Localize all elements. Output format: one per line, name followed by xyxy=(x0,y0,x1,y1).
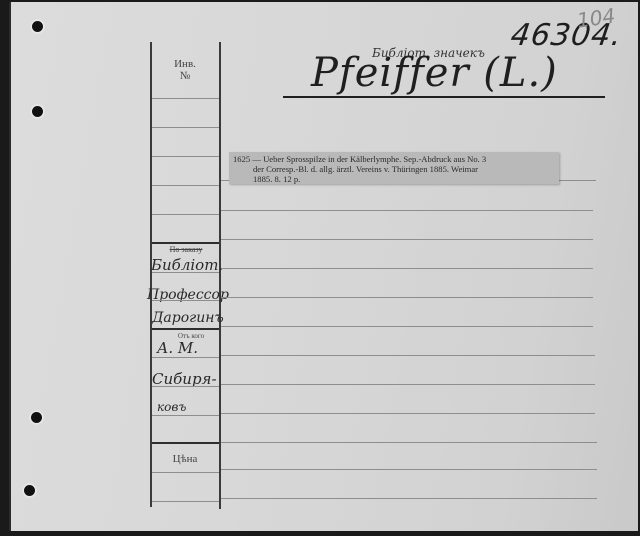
inventory-label-text: Инв. xyxy=(174,58,196,70)
left-column-border xyxy=(150,42,152,507)
main-rule xyxy=(221,268,593,269)
left-rule xyxy=(152,386,219,387)
provenance-line-3: Дарогинъ xyxy=(152,310,224,326)
left-rule xyxy=(152,300,219,301)
clipping-line-3: 1885. 8. 12 p. xyxy=(233,174,555,184)
left-column-divider xyxy=(219,42,221,509)
punch-hole-icon xyxy=(32,21,43,32)
main-rule xyxy=(221,413,595,414)
provenance-label: По заказу xyxy=(161,245,211,254)
catalog-card: Инв. № По заказу Библіот. Профессор Даро… xyxy=(9,2,638,531)
price-label: Цѣна xyxy=(153,453,217,465)
clipping-line-1: 1625 — Ueber Sprosspilze in der Kälberly… xyxy=(233,154,555,164)
main-rule xyxy=(221,469,597,470)
bibliographic-clipping: 1625 — Ueber Sprosspilze in der Kälberly… xyxy=(229,152,559,184)
left-rule xyxy=(152,156,219,157)
left-rule xyxy=(152,98,219,99)
left-section-divider xyxy=(152,242,219,244)
main-rule xyxy=(221,355,595,356)
left-rule xyxy=(152,357,219,358)
author-heading: Pfeiffer (L.) xyxy=(311,50,558,96)
left-rule xyxy=(152,415,219,416)
from-line-3: ковъ xyxy=(157,400,186,414)
left-rule xyxy=(152,214,219,215)
punch-hole-icon xyxy=(31,412,42,423)
punch-hole-icon xyxy=(24,485,35,496)
author-rule xyxy=(283,96,605,98)
main-rule xyxy=(221,498,597,499)
left-rule xyxy=(152,472,219,473)
main-rule xyxy=(221,442,597,443)
punch-hole-icon xyxy=(32,106,43,117)
left-section-divider xyxy=(152,442,219,444)
clipping-line-2: der Corresp.-Bl. d. allg. ärztl. Vereins… xyxy=(233,164,555,174)
main-rule xyxy=(221,326,593,327)
main-rule xyxy=(221,239,593,240)
main-rule xyxy=(221,297,593,298)
main-rule xyxy=(221,210,593,211)
from-line-1: А. М. xyxy=(157,339,198,357)
left-rule xyxy=(152,501,219,502)
left-section-divider xyxy=(152,328,219,330)
left-rule xyxy=(152,272,219,273)
left-rule xyxy=(152,185,219,186)
main-rule xyxy=(221,384,595,385)
left-rule xyxy=(152,127,219,128)
number-sign: № xyxy=(180,70,191,82)
inventory-label: Инв. № xyxy=(153,58,217,82)
